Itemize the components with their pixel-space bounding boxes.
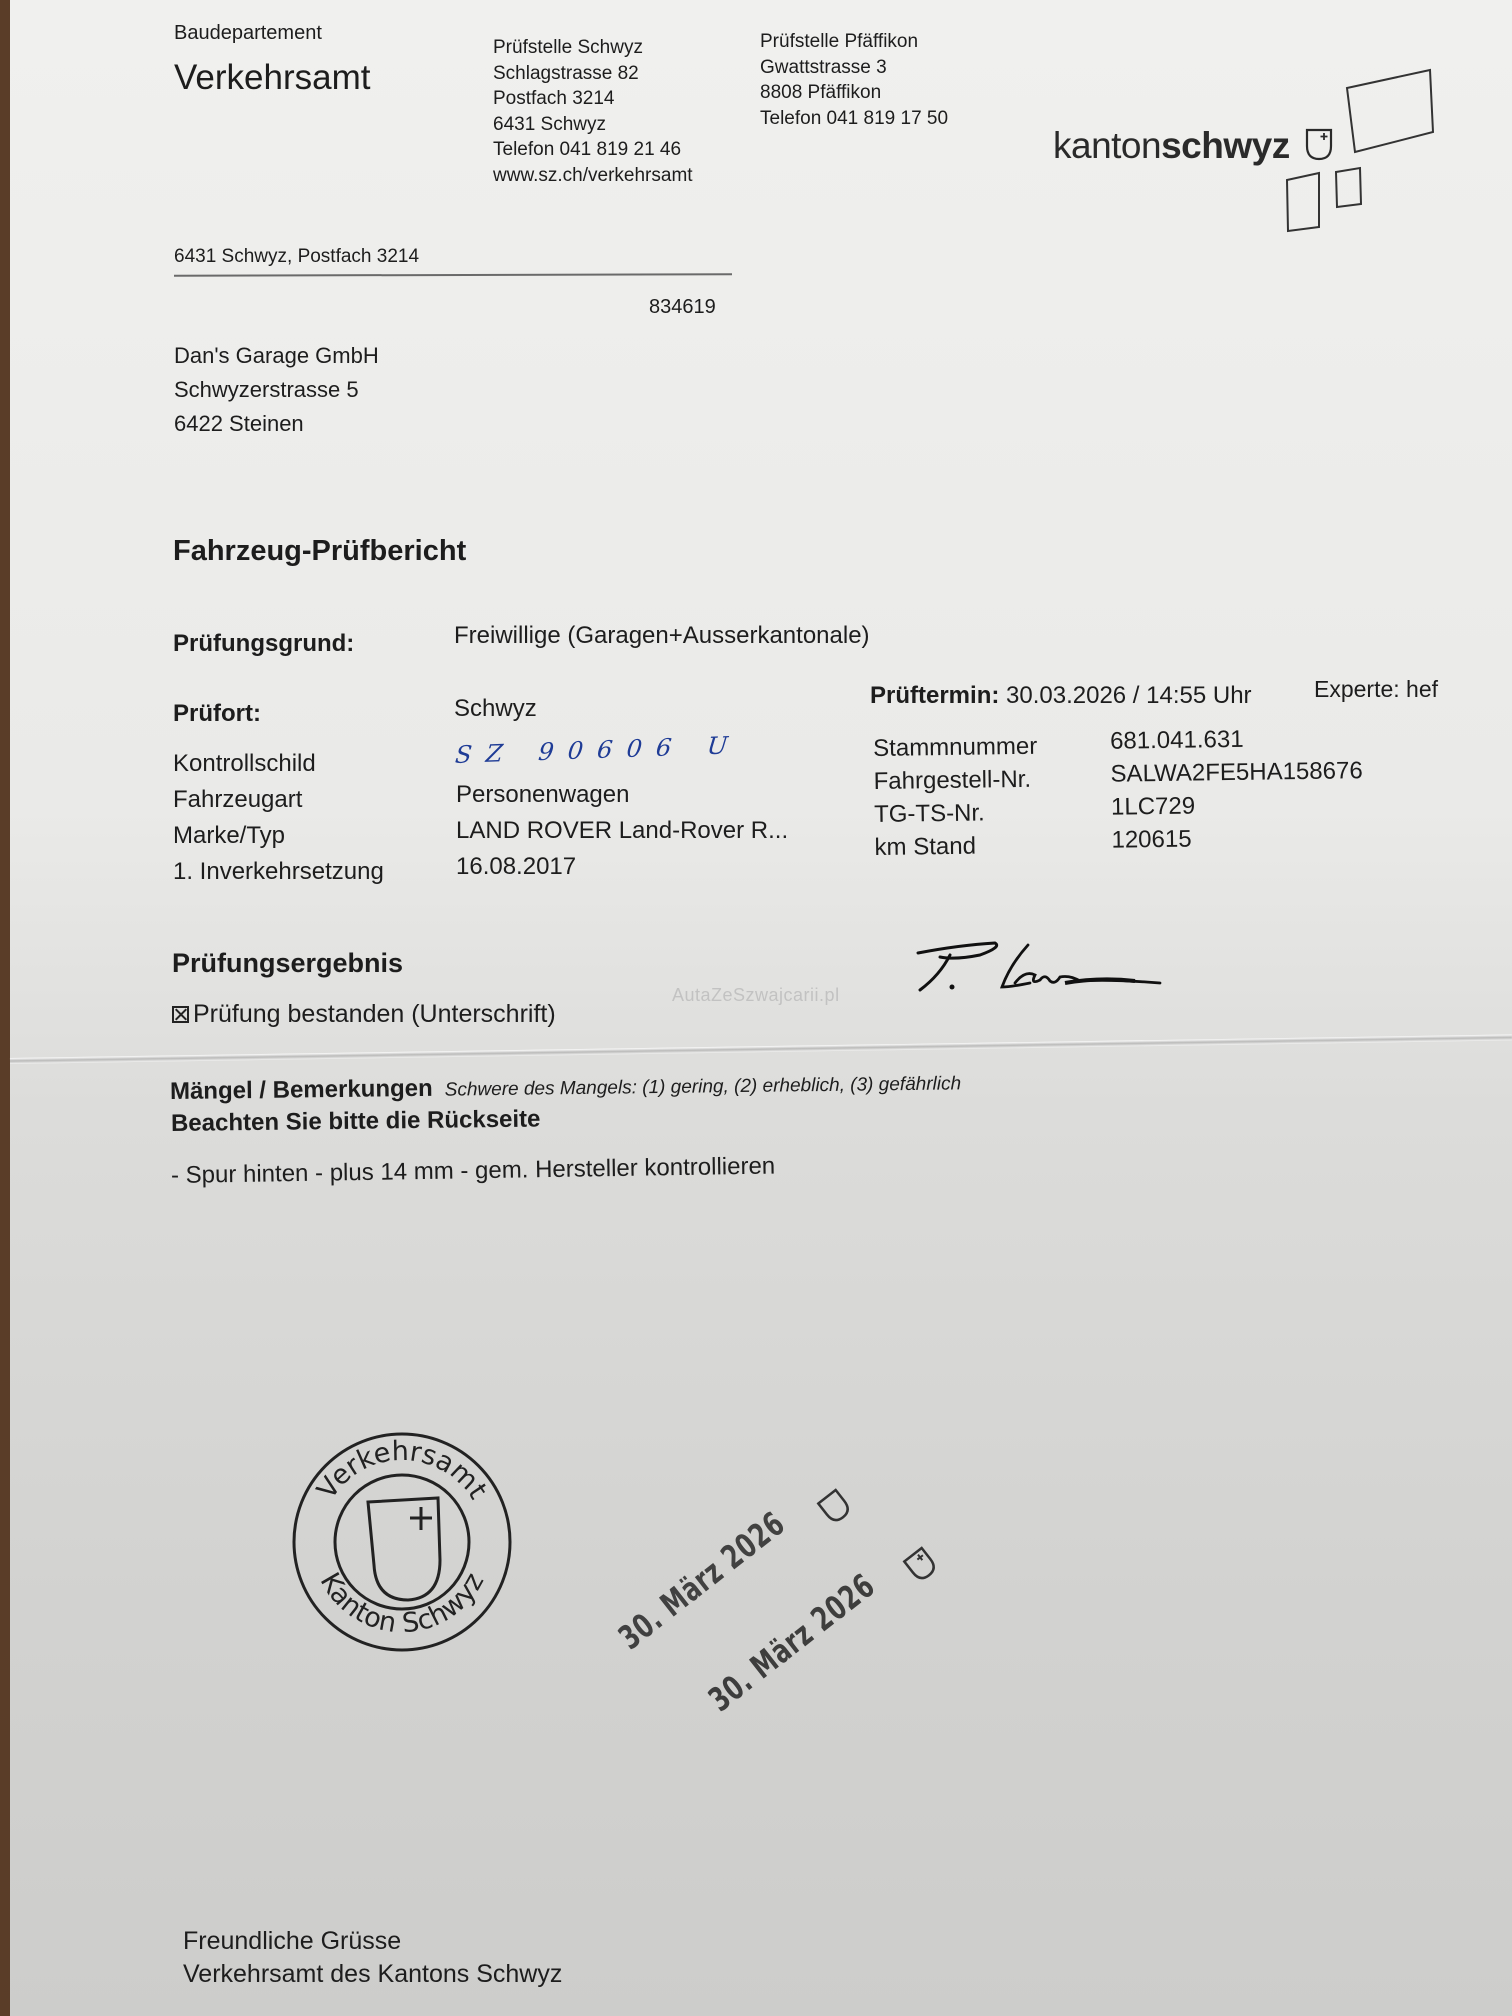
kontrollschild-label: Kontrollschild	[173, 750, 316, 778]
phone-line: Telefon 041 819 21 46	[493, 137, 693, 163]
address-line: Prüfstelle Pfäffikon	[760, 29, 948, 55]
address-line: Schlagstrasse 82	[493, 61, 693, 87]
stammnummer-label: Stammnummer	[873, 733, 1037, 763]
seal-bottom-text: Kanton Schwyz	[314, 1568, 490, 1640]
fahrzeugart-label: Fahrzeugart	[173, 786, 302, 814]
address-line: Gwattstrasse 3	[760, 55, 948, 81]
backside-notice: Beachten Sie bitte die Rückseite	[171, 1105, 541, 1138]
pruefungsgrund-value: Freiwillige (Garagen+Ausserkantonale)	[454, 622, 870, 650]
maengel-title: Mängel / Bemerkungen	[170, 1075, 433, 1105]
logo-text-bold: schwyz	[1161, 125, 1290, 166]
fahrzeugart-value: Personenwagen	[456, 781, 629, 809]
prueftermin: Prüftermin: 30.03.2026 / 14:55 Uhr	[870, 682, 1252, 710]
phone-line: Telefon 041 819 17 50	[760, 106, 948, 132]
pruefstelle-schwyz-address: Prüfstelle Schwyz Schlagstrasse 82 Postf…	[493, 35, 693, 188]
inverkehrsetzung-label: 1. Inverkehrsetzung	[173, 858, 384, 886]
closing: Freundliche Grüsse Verkehrsamt des Kanto…	[183, 1925, 562, 1991]
watermark: AutaZeSzwajcarii.pl	[672, 985, 840, 1006]
address-line: Postfach 3214	[493, 86, 693, 112]
stammnummer-value: 681.041.631	[1110, 726, 1244, 756]
pruefungsergebnis-heading: Prüfungsergebnis	[172, 948, 403, 979]
recipient-name: Dan's Garage GmbH	[174, 339, 379, 373]
address-line: 6431 Schwyz	[493, 112, 693, 138]
department-name: Baudepartement	[174, 22, 322, 45]
logo-squares-decoration	[1280, 60, 1450, 240]
inverkehrsetzung-value: 16.08.2017	[456, 853, 576, 881]
address-line: Prüfstelle Schwyz	[493, 35, 693, 61]
severity-legend: Schwere des Mangels: (1) gering, (2) erh…	[445, 1073, 962, 1100]
pruefort-label: Prüfort:	[173, 700, 261, 728]
closing-sender: Verkehrsamt des Kantons Schwyz	[183, 1958, 562, 1991]
verkehrsamt-seal-stamp: Verkehrsamt Kanton Schwyz	[290, 1430, 515, 1655]
recipient-city: 6422 Steinen	[174, 407, 379, 441]
checked-checkbox-icon	[172, 1006, 189, 1023]
seal-top-text: Verkehrsamt	[311, 1436, 493, 1505]
km-stand-value: 120615	[1111, 826, 1191, 855]
examiner-signature	[910, 935, 1190, 1005]
office-name: Verkehrsamt	[174, 58, 370, 98]
address-line: 8808 Pfäffikon	[760, 80, 948, 106]
prueftermin-value: 30.03.2026 / 14:55 Uhr	[1006, 682, 1252, 709]
reference-number: 834619	[649, 296, 716, 319]
marke-typ-value: LAND ROVER Land-Rover R...	[456, 817, 788, 845]
pruefstelle-pfaeffikon-address: Prüfstelle Pfäffikon Gwattstrasse 3 8808…	[760, 29, 948, 131]
logo-text-light: kanton	[1053, 125, 1161, 166]
checkbox-label: Prüfung bestanden (Unterschrift)	[193, 1000, 556, 1028]
tg-ts-label: TG-TS-Nr.	[874, 799, 985, 829]
fahrgestell-value: SALWA2FE5HA158676	[1110, 757, 1363, 789]
tg-ts-value: 1LC729	[1111, 793, 1195, 822]
fahrgestell-label: Fahrgestell-Nr.	[873, 766, 1031, 796]
closing-greeting: Freundliche Grüsse	[183, 1925, 562, 1958]
recipient-street: Schwyzerstrasse 5	[174, 373, 379, 407]
pruefort-value: Schwyz	[454, 695, 537, 723]
page-title: Fahrzeug-Prüfbericht	[173, 535, 466, 568]
prueftermin-label: Prüftermin:	[870, 682, 999, 709]
marke-typ-label: Marke/Typ	[173, 822, 285, 850]
sender-return-line: 6431 Schwyz, Postfach 3214	[174, 246, 419, 268]
pruefungsgrund-label: Prüfungsgrund:	[173, 630, 354, 658]
website-link: www.sz.ch/verkehrsamt	[493, 163, 693, 189]
kanton-schwyz-logo: kantonschwyz	[1053, 125, 1290, 167]
pruefung-bestanden: Prüfung bestanden (Unterschrift)	[172, 1000, 556, 1029]
recipient-address: Dan's Garage GmbH Schwyzerstrasse 5 6422…	[174, 339, 379, 441]
km-stand-label: km Stand	[874, 833, 976, 862]
experte: Experte: hef	[1314, 676, 1438, 703]
